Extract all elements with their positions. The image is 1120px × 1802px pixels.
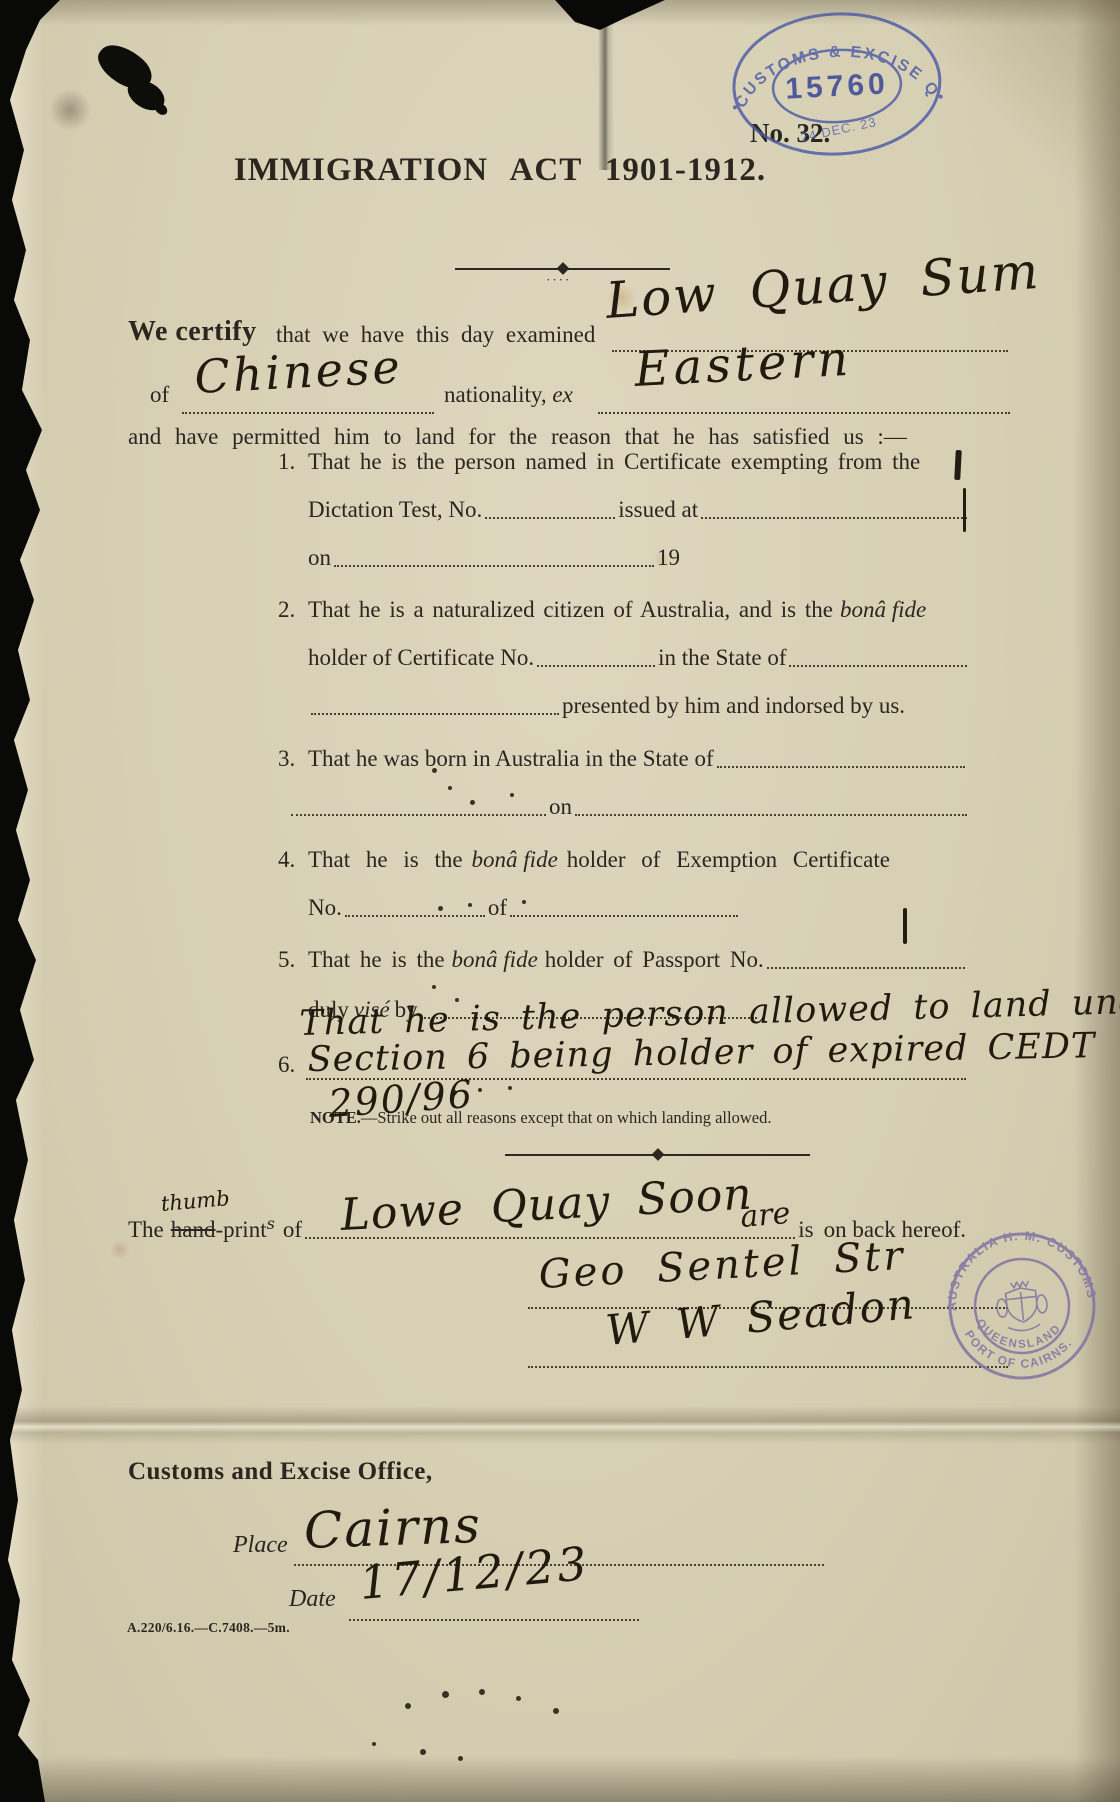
handprint-sup-s: s (267, 1214, 275, 1233)
ink-speck (432, 985, 436, 989)
clause-3-text: That he was born in Australia in the Sta… (308, 747, 714, 771)
ornamental-divider-2 (505, 1154, 810, 1156)
clause-2-line-1: 2. That he is a naturalized citizen of A… (278, 598, 968, 622)
clause-1-issued-label: issued at (618, 498, 698, 522)
clause-4-of-label: of (488, 896, 507, 920)
examined-name-handwriting: Low Quay Sum (604, 242, 1042, 330)
clause-1-line-2: Dictation Test, No. issued at (308, 498, 970, 522)
date-blank (349, 1617, 639, 1621)
clause-6-number: 6. (278, 1052, 295, 1078)
clause-3-number: 3. (278, 747, 308, 771)
round-stamp-arc-top: AUSTRALIA H. M. CUSTOMS. (934, 1218, 1099, 1315)
clause-2-text: That he is a naturalized citizen of Aust… (308, 598, 833, 622)
clause-1-line-1: 1. That he is the person named in Certif… (278, 450, 968, 474)
ink-speck (458, 1756, 463, 1761)
of-label: of (150, 382, 169, 408)
nationality-blank (182, 410, 434, 414)
ink-speck (438, 906, 443, 911)
ink-speck (442, 1691, 449, 1698)
ink-speck (508, 1086, 512, 1090)
clause-4-number: 4. (278, 848, 308, 872)
ink-speck (522, 900, 526, 904)
ink-mark (963, 488, 966, 532)
clause-2-line-3: presented by him and indorsed by us. (308, 694, 970, 718)
clause-4-no-label: No. (308, 896, 342, 920)
clause-3-on-label: on (549, 795, 572, 819)
permitted-line: and have permitted him to land for the r… (128, 424, 907, 450)
ink-speck (478, 1088, 482, 1092)
handprint-print: -print (215, 1218, 266, 1242)
ink-speck (510, 793, 514, 797)
ink-mark (903, 908, 907, 944)
clause-3-line-2: on (288, 795, 970, 819)
paper-fold-crease (598, 0, 614, 170)
clause-5-bona-fide: bonâ fide (452, 948, 538, 972)
ink-speck (470, 800, 475, 805)
clause-4-text-a: That he is the (308, 848, 463, 872)
ink-speck (405, 1703, 411, 1709)
clause-4-line-2: No. of (308, 896, 758, 920)
clause-2-holder-label: holder of Certificate No. (308, 646, 534, 670)
certify-lead: We certify (128, 316, 257, 348)
clause-1-year-prefix: 19 (657, 546, 680, 570)
svg-text:AUSTRALIA H. M. CUSTOMS.: AUSTRALIA H. M. CUSTOMS. (934, 1218, 1099, 1315)
document-paper: CUSTOMS & EXCISE QLD. 15760 24 DEC. 23 N… (0, 0, 1120, 1802)
ink-speck (452, 1090, 457, 1095)
ink-speck (420, 1749, 426, 1755)
clause-1-on-label: on (308, 546, 331, 570)
signature-line-2 (528, 1364, 1008, 1368)
date-label: Date (289, 1586, 336, 1613)
ink-speck (516, 1696, 521, 1701)
ink-speck (479, 1689, 485, 1695)
clause-3-line-1: 3. That he was born in Australia in the … (278, 747, 968, 771)
office-heading: Customs and Excise Office, (128, 1458, 433, 1486)
ink-speck (448, 786, 452, 790)
ship-blank (598, 410, 1010, 414)
ink-mark (954, 450, 962, 480)
clause-4-bona-fide: bonâ fide (472, 848, 558, 872)
torn-hole (152, 101, 169, 118)
clause-5-number: 5. (278, 948, 308, 972)
clause-1-number: 1. (278, 450, 308, 474)
printers-code: A.220/6.16.—C.7408.—5m. (127, 1620, 290, 1636)
ink-speck (455, 998, 459, 1002)
ink-speck (553, 1708, 559, 1714)
clause-4-line-1: 4. That he is the bonâ fide holder of Ex… (278, 848, 968, 872)
oval-stamp-number: 15760 (785, 67, 890, 105)
clause-5-line-1: 5. That he is the bonâ fide holder of Pa… (278, 948, 968, 972)
handprint-thumb-handwriting: thumb (160, 1186, 231, 1216)
coat-of-arms (995, 1280, 1050, 1333)
paper-fold-crease-horizontal (0, 1406, 1120, 1444)
port-of-cairns-round-stamp: AUSTRALIA H. M. CUSTOMS. QUEENSLAND PORT… (934, 1218, 1110, 1394)
nationality-label-text: nationality, (444, 382, 547, 407)
clause-5-text-c: holder of Passport No. (545, 948, 764, 972)
ink-speck (468, 903, 472, 907)
place-label: Place (233, 1532, 288, 1559)
ship-handwriting: Eastern (633, 331, 853, 398)
nationality-label: nationality, ex (444, 382, 573, 408)
clause-2-line-2: holder of Certificate No. in the State o… (308, 646, 970, 670)
clause-5-text-a: That he is the (308, 948, 445, 972)
clause-2-number: 2. (278, 598, 308, 622)
clause-2-bona-fide: bonâ fide (840, 598, 926, 622)
clause-1-text: That he is the person named in Certifica… (308, 450, 920, 474)
clause-1-line-3: on 19 (308, 546, 708, 570)
clause-4-text-c: holder of Exemption Certificate (567, 848, 890, 872)
clause-2-presented-text: presented by him and indorsed by us. (562, 694, 905, 718)
nationality-handwriting: Chinese (193, 339, 404, 404)
clause-1-dictation-label: Dictation Test, No. (308, 498, 482, 522)
ink-speck (432, 768, 437, 773)
scanned-immigration-certificate: { "stamps": { "received": { "arc_text": … (0, 0, 1120, 1802)
ex-label: ex (552, 382, 572, 407)
clause-2-state-label: in the State of (658, 646, 786, 670)
handprint-the: The (128, 1218, 164, 1242)
customs-excise-oval-stamp: CUSTOMS & EXCISE QLD. 15760 24 DEC. 23 (708, 0, 966, 172)
ink-speck (372, 1742, 376, 1746)
handprint-struck-hand: hand (171, 1218, 216, 1242)
handprint-of: of (283, 1218, 302, 1242)
divider-dots: ···· (546, 272, 571, 288)
handprint-are-handwriting: are (739, 1196, 792, 1235)
